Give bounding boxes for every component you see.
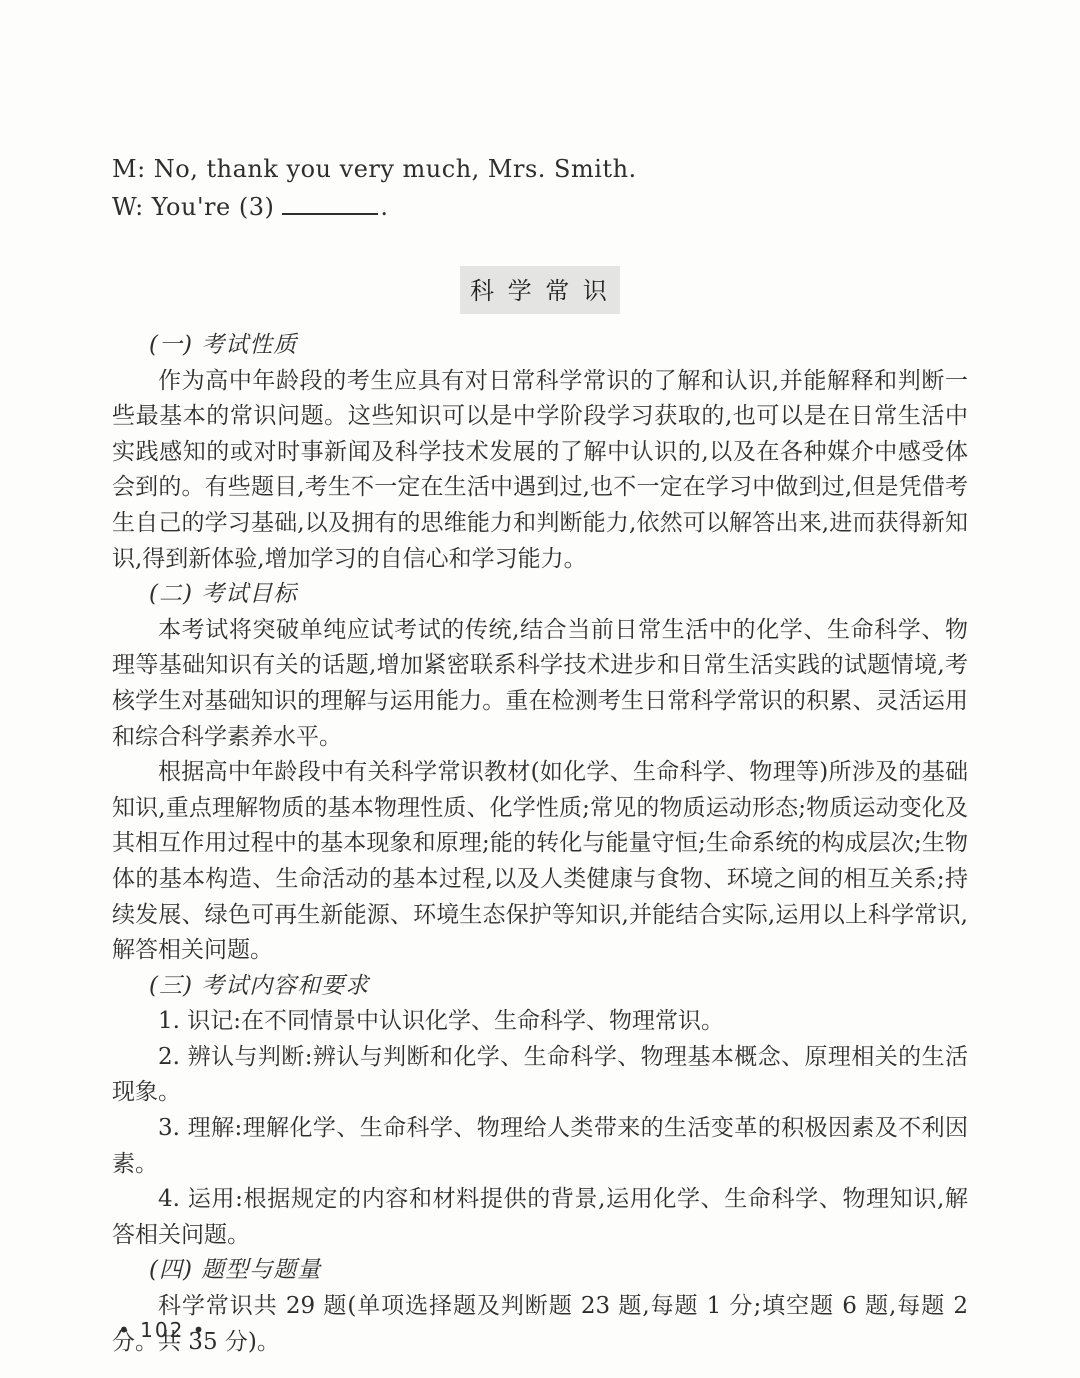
section-1-heading: (一) 考试性质 bbox=[112, 328, 968, 364]
dialogue-line-w: W: You're (3). bbox=[112, 188, 968, 226]
section-4-paragraph: 科学常识共 29 题(单项选择题及判断题 23 题,每题 1 分;填空题 6 题… bbox=[112, 1289, 968, 1360]
section-3-item-1: 1. 识记:在不同情景中认识化学、生命科学、物理常识。 bbox=[112, 1004, 968, 1040]
section-banner-title: 科 学 常 识 bbox=[460, 266, 620, 314]
section-3-heading: (三) 考试内容和要求 bbox=[112, 969, 968, 1005]
section-2-paragraph-1: 本考试将突破单纯应试考试的传统,结合当前日常生活中的化学、生命科学、物理等基础知… bbox=[112, 613, 968, 755]
dialogue-line-w-text: W: You're (3) bbox=[112, 193, 274, 221]
section-3-item-3: 3. 理解:理解化学、生命科学、物理给人类带来的生活变革的积极因素及不利因素。 bbox=[112, 1111, 968, 1182]
section-3-item-2: 2. 辨认与判断:辨认与判断和化学、生命科学、物理基本概念、原理相关的生活现象。 bbox=[112, 1040, 968, 1111]
dialogue-block: M: No, thank you very much, Mrs. Smith. … bbox=[112, 150, 968, 226]
dialogue-line-w-period: . bbox=[380, 193, 388, 221]
fill-in-blank bbox=[282, 189, 378, 215]
section-1-paragraph: 作为高中年龄段的考生应具有对日常科学常识的了解和认识,并能解释和判断一些最基本的… bbox=[112, 364, 968, 578]
section-3-item-4: 4. 运用:根据规定的内容和材料提供的背景,运用化学、生命科学、物理知识,解答相… bbox=[112, 1182, 968, 1253]
dialogue-line-m: M: No, thank you very much, Mrs. Smith. bbox=[112, 150, 968, 188]
page-number: • 102 • bbox=[118, 1318, 206, 1342]
section-4-heading: (四) 题型与题量 bbox=[112, 1253, 968, 1289]
section-2-heading: (二) 考试目标 bbox=[112, 577, 968, 613]
document-body: (一) 考试性质 作为高中年龄段的考生应具有对日常科学常识的了解和认识,并能解释… bbox=[112, 328, 968, 1360]
section-2-paragraph-2: 根据高中年龄段中有关科学常识教材(如化学、生命科学、物理等)所涉及的基础知识,重… bbox=[112, 755, 968, 969]
document-page: M: No, thank you very much, Mrs. Smith. … bbox=[0, 0, 1080, 1378]
dialogue-line-m-text: M: No, thank you very much, Mrs. Smith. bbox=[112, 155, 637, 183]
